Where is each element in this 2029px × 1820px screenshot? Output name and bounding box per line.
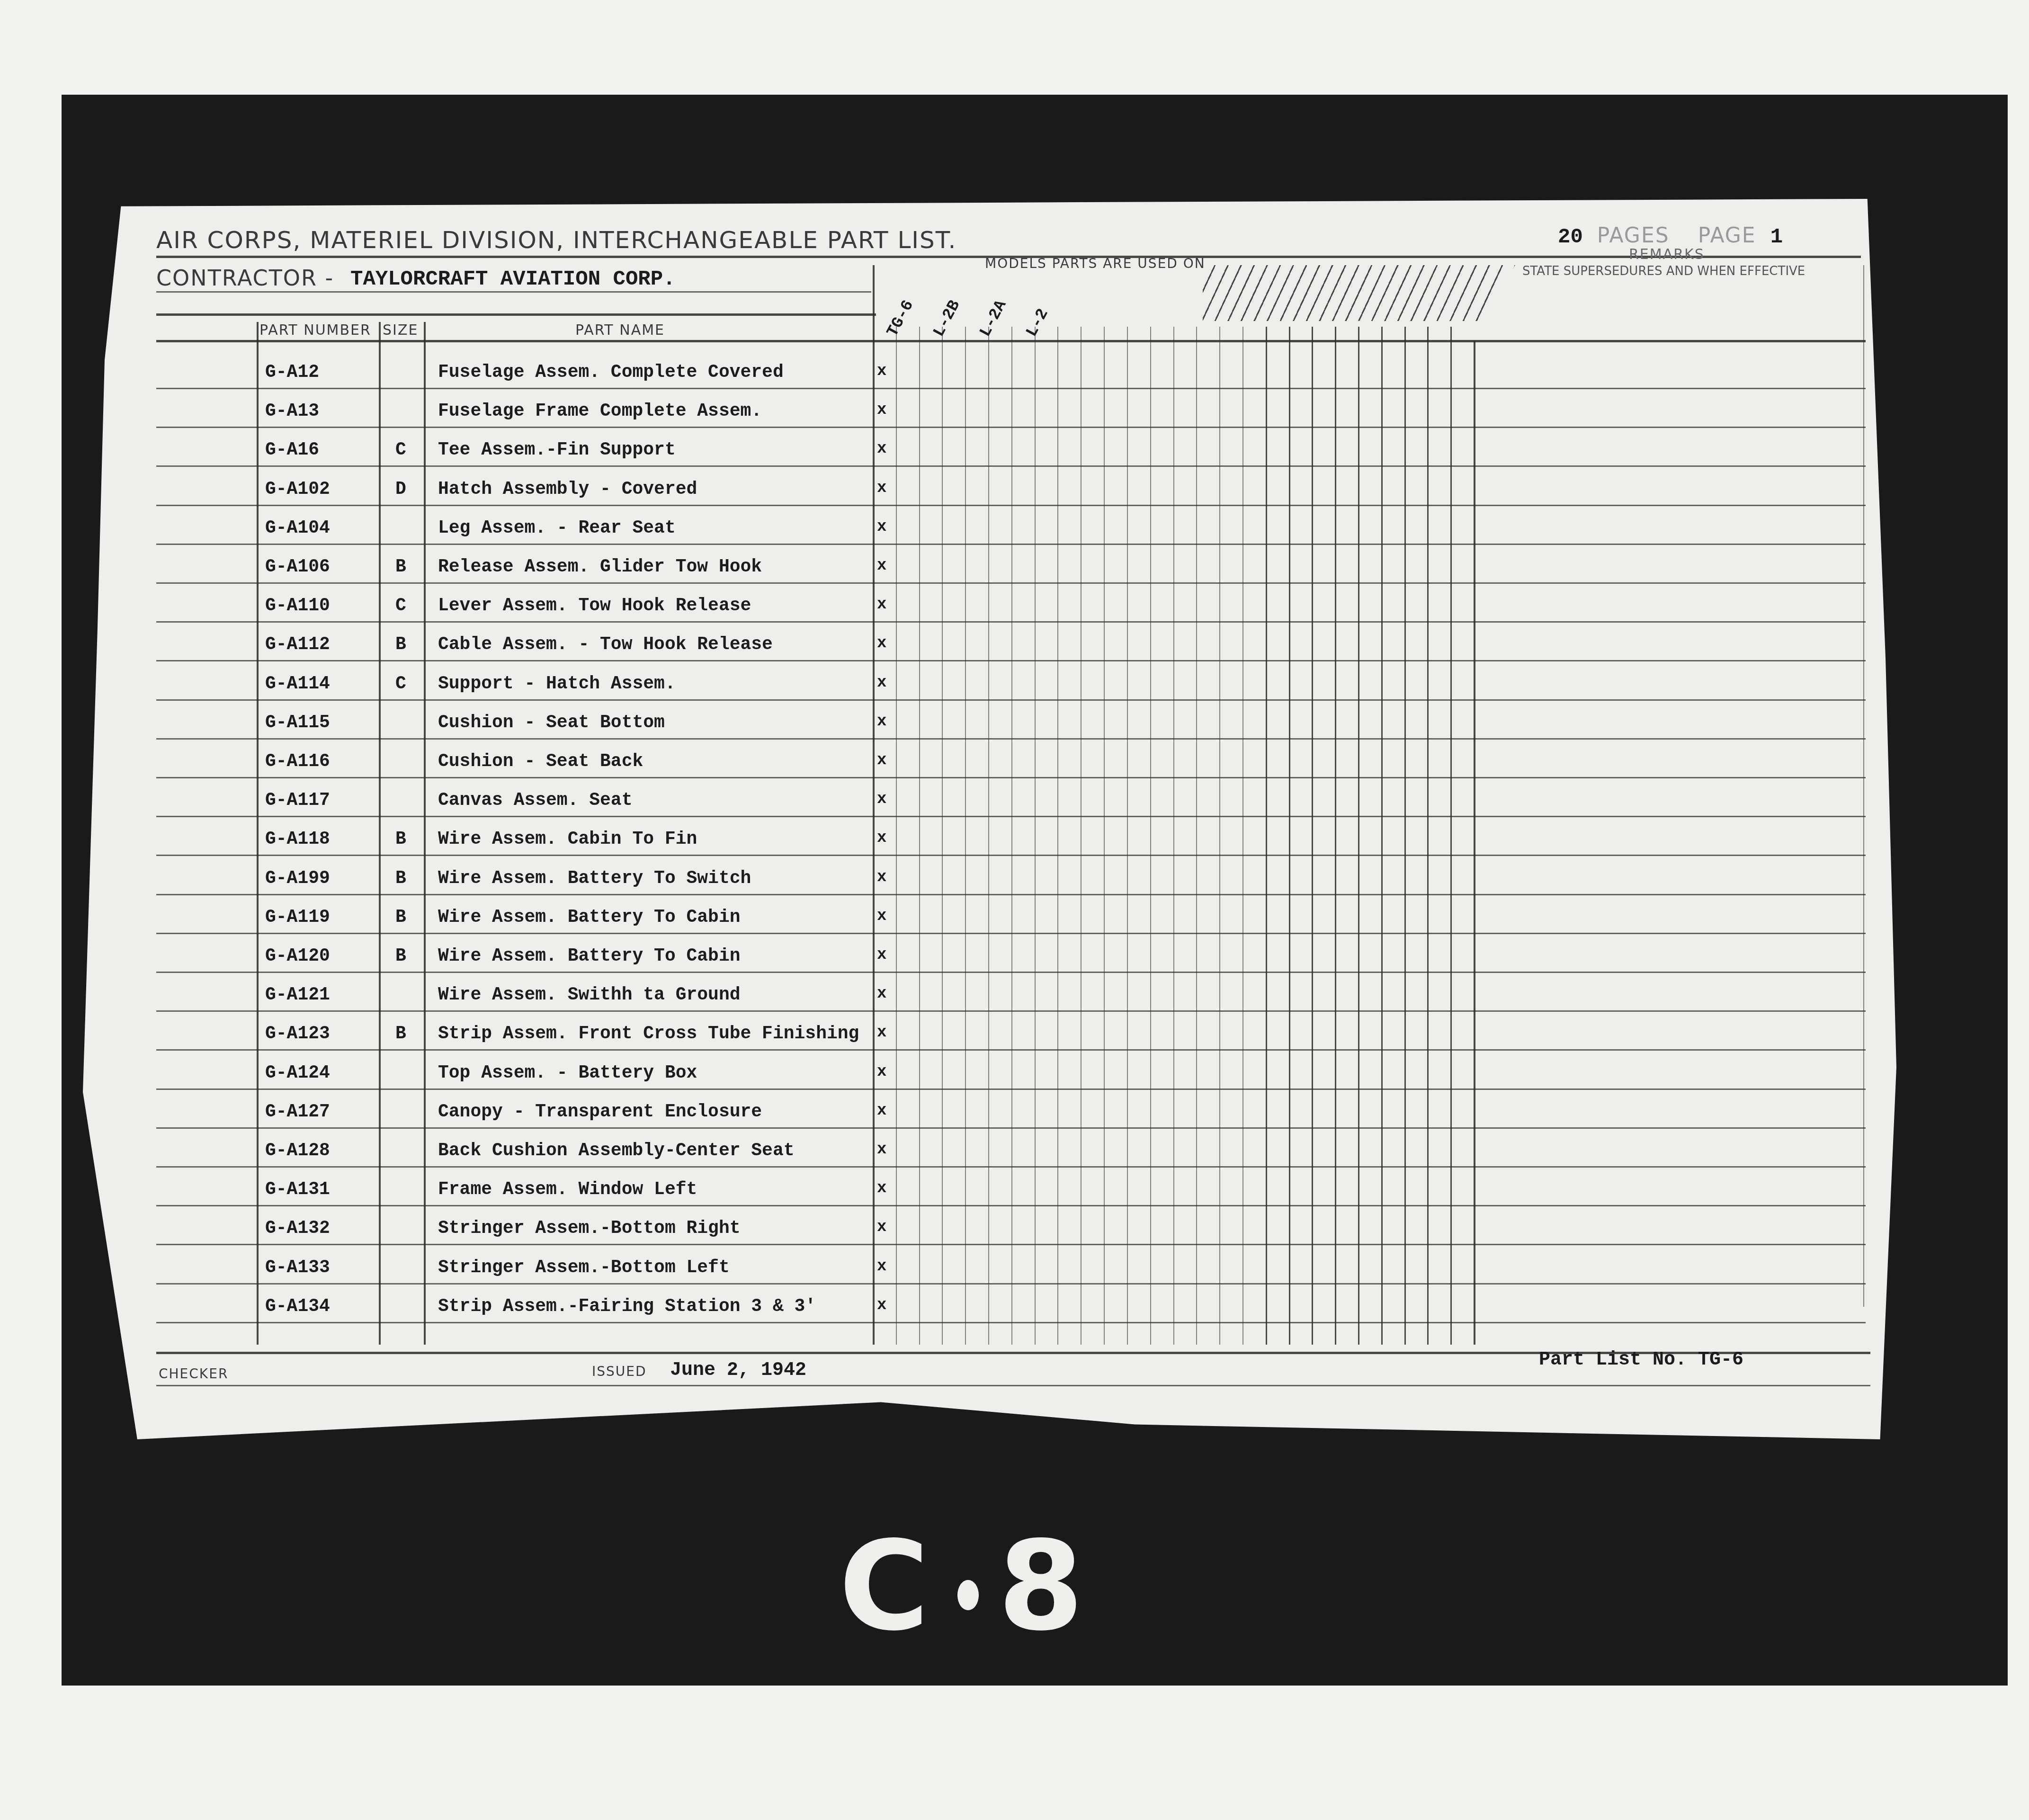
- part-size: C: [395, 596, 406, 616]
- part-name: Wire Assem. Cabin To Fin: [438, 829, 697, 849]
- part-name: Leg Assem. - Rear Seat: [438, 518, 676, 538]
- part-number: G-A16: [265, 440, 319, 460]
- frame-number: 8: [998, 1515, 1093, 1658]
- frame-dot: [957, 1580, 979, 1610]
- table-row: G-A110CLever Assem. Tow Hook Releasex: [0, 591, 2029, 630]
- part-number: G-A128: [265, 1141, 330, 1161]
- table-row: G-A112BCable Assem. - Tow Hook Releasex: [0, 630, 2029, 669]
- column-header-size: SIZE: [383, 322, 418, 339]
- table-row: G-A13Fuselage Frame Complete Assem.x: [0, 396, 2029, 435]
- part-name: Back Cushion Assembly-Center Seat: [438, 1141, 795, 1161]
- part-number: G-A120: [265, 946, 330, 966]
- part-size: B: [395, 868, 406, 889]
- part-number: G-A13: [265, 401, 319, 421]
- usage-mark-tg6: x: [877, 1063, 886, 1081]
- part-number: G-A116: [265, 751, 330, 772]
- total-pages: 20: [1558, 225, 1583, 249]
- contractor-name: TAYLORCRAFT AVIATION CORP.: [350, 268, 676, 291]
- row-rule: [156, 465, 1866, 467]
- part-name: Stringer Assem.-Bottom Left: [438, 1258, 730, 1278]
- part-name: Lever Assem. Tow Hook Release: [438, 596, 751, 616]
- table-row: G-A102DHatch Assembly - Coveredx: [0, 474, 2029, 513]
- usage-mark-tg6: x: [877, 751, 886, 769]
- column-header-part-name: PART NAME: [575, 322, 665, 339]
- table-row: G-A121Wire Assem. Swithh ta Groundx: [0, 980, 2029, 1019]
- part-size: C: [395, 674, 406, 694]
- part-size: D: [395, 479, 406, 500]
- part-name: Strip Assem. Front Cross Tube Finishing: [438, 1024, 859, 1044]
- usage-mark-tg6: x: [877, 518, 886, 536]
- part-number: G-A121: [265, 985, 330, 1005]
- table-row: G-A133Stringer Assem.-Bottom Leftx: [0, 1253, 2029, 1292]
- usage-mark-tg6: x: [877, 868, 886, 886]
- row-rule: [156, 1283, 1866, 1285]
- part-name: Strip Assem.-Fairing Station 3 & 3': [438, 1296, 816, 1317]
- issued-label: ISSUED: [592, 1364, 647, 1379]
- issued-date: June 2, 1942: [670, 1360, 806, 1381]
- row-rule: [156, 894, 1866, 895]
- row-rule: [156, 933, 1866, 934]
- part-number: G-A112: [265, 634, 330, 655]
- part-name: Fuselage Assem. Complete Covered: [438, 362, 784, 383]
- row-rule: [156, 1166, 1866, 1168]
- row-rule: [156, 777, 1866, 778]
- usage-mark-tg6: x: [877, 1296, 886, 1314]
- usage-mark-tg6: x: [877, 1024, 886, 1042]
- part-number: G-A104: [265, 518, 330, 538]
- part-number: G-A131: [265, 1179, 330, 1200]
- part-size: B: [395, 829, 406, 849]
- table-row: G-A199BWire Assem. Battery To Switchx: [0, 864, 2029, 902]
- page-number: 1: [1770, 225, 1783, 249]
- part-number: G-A118: [265, 829, 330, 849]
- part-number: G-A123: [265, 1024, 330, 1044]
- part-number: G-A12: [265, 362, 319, 383]
- part-number: G-A133: [265, 1258, 330, 1278]
- row-rule: [156, 1049, 1866, 1051]
- table-row: G-A118BWire Assem. Cabin To Finx: [0, 824, 2029, 863]
- microfilm-frame-label: C8: [833, 1515, 1099, 1658]
- remarks-subheading: STATE SUPERSEDURES AND WHEN EFFECTIVE: [1522, 264, 1805, 278]
- part-size: B: [395, 1024, 406, 1044]
- usage-mark-tg6: x: [877, 907, 886, 925]
- part-name: Canopy - Transparent Enclosure: [438, 1102, 762, 1122]
- usage-mark-tg6: x: [877, 479, 886, 497]
- table-row: G-A104Leg Assem. - Rear Seatx: [0, 513, 2029, 552]
- usage-mark-tg6: x: [877, 674, 886, 692]
- column-header-part-number: PART NUMBER: [259, 322, 371, 339]
- part-number: G-A127: [265, 1102, 330, 1122]
- table-row: G-A124Top Assem. - Battery Boxx: [0, 1058, 2029, 1097]
- row-rule: [156, 660, 1866, 661]
- row-rule: [156, 621, 1866, 623]
- usage-mark-tg6: x: [877, 401, 886, 419]
- row-rule: [156, 388, 1866, 389]
- table-row: G-A115Cushion - Seat Bottomx: [0, 708, 2029, 747]
- usage-mark-tg6: x: [877, 1141, 886, 1159]
- usage-mark-tg6: x: [877, 985, 886, 1003]
- part-name: Frame Assem. Window Left: [438, 1179, 697, 1200]
- usage-mark-tg6: x: [877, 1179, 886, 1197]
- usage-mark-tg6: x: [877, 790, 886, 808]
- part-name: Tee Assem.-Fin Support: [438, 440, 676, 460]
- form-title: AIR CORPS, MATERIEL DIVISION, INTERCHANG…: [156, 226, 956, 254]
- table-row: G-A120BWire Assem. Battery To Cabinx: [0, 941, 2029, 980]
- row-rule: [156, 972, 1866, 973]
- row-rule: [156, 1088, 1866, 1090]
- usage-mark-tg6: x: [877, 1258, 886, 1276]
- part-name: Wire Assem. Battery To Switch: [438, 868, 751, 889]
- part-number: G-A114: [265, 674, 330, 694]
- rule: [156, 313, 876, 316]
- part-name: Hatch Assembly - Covered: [438, 479, 697, 500]
- usage-mark-tg6: x: [877, 362, 886, 380]
- part-name: Cable Assem. - Tow Hook Release: [438, 634, 773, 655]
- part-name: Wire Assem. Battery To Cabin: [438, 946, 741, 966]
- part-size: C: [395, 440, 406, 460]
- usage-mark-tg6: x: [877, 634, 886, 652]
- table-row: G-A134Strip Assem.-Fairing Station 3 & 3…: [0, 1292, 2029, 1330]
- part-name: Cushion - Seat Bottom: [438, 713, 665, 733]
- part-number: G-A115: [265, 713, 330, 733]
- part-name: Release Assem. Glider Tow Hook: [438, 557, 762, 577]
- part-number: G-A124: [265, 1063, 330, 1083]
- row-rule: [156, 1010, 1866, 1012]
- table-row: G-A117Canvas Assem. Seatx: [0, 785, 2029, 824]
- row-rule: [156, 855, 1866, 856]
- row-rule: [156, 1205, 1866, 1206]
- rule: [156, 1385, 1870, 1386]
- part-name: Stringer Assem.-Bottom Right: [438, 1218, 741, 1239]
- contractor-label: CONTRACTOR -: [156, 265, 334, 291]
- table-row: G-A116Cushion - Seat Backx: [0, 747, 2029, 785]
- usage-mark-tg6: x: [877, 829, 886, 847]
- part-number: G-A134: [265, 1296, 330, 1317]
- table-row: G-A132Stringer Assem.-Bottom Rightx: [0, 1213, 2029, 1252]
- part-number: G-A110: [265, 596, 330, 616]
- row-rule: [156, 738, 1866, 740]
- part-size: B: [395, 907, 406, 928]
- table-row: G-A106BRelease Assem. Glider Tow Hookx: [0, 552, 2029, 591]
- models-heading: MODELS PARTS ARE USED ON: [985, 256, 1206, 271]
- row-rule: [156, 582, 1866, 584]
- frame-letter: C: [839, 1515, 939, 1658]
- usage-mark-tg6: x: [877, 557, 886, 575]
- part-size: B: [395, 946, 406, 966]
- page-label: PAGE: [1698, 223, 1756, 248]
- usage-mark-tg6: x: [877, 946, 886, 964]
- part-number: G-A102: [265, 479, 330, 500]
- film-margin: [0, 1686, 2029, 1820]
- row-rule: [156, 1322, 1866, 1323]
- table-row: G-A114CSupport - Hatch Assem.x: [0, 669, 2029, 708]
- usage-mark-tg6: x: [877, 1102, 886, 1120]
- pages-label: PAGES: [1597, 223, 1670, 248]
- usage-mark-tg6: x: [877, 596, 886, 614]
- row-rule: [156, 1127, 1866, 1129]
- table-row: G-A127Canopy - Transparent Enclosurex: [0, 1097, 2029, 1136]
- table-row: G-A123BStrip Assem. Front Cross Tube Fin…: [0, 1019, 2029, 1058]
- part-name: Fuselage Frame Complete Assem.: [438, 401, 762, 421]
- rule: [156, 291, 871, 293]
- row-rule: [156, 816, 1866, 817]
- part-list-number: Part List No. TG-6: [1539, 1349, 1743, 1371]
- table-row: G-A16CTee Assem.-Fin Supportx: [0, 435, 2029, 474]
- usage-mark-tg6: x: [877, 440, 886, 458]
- part-number: G-A117: [265, 790, 330, 811]
- row-rule: [156, 427, 1866, 428]
- table-row: G-A128Back Cushion Assembly-Center Seatx: [0, 1136, 2029, 1175]
- part-number: G-A199: [265, 868, 330, 889]
- table-row: G-A131Frame Assem. Window Leftx: [0, 1175, 2029, 1213]
- part-name: Top Assem. - Battery Box: [438, 1063, 697, 1083]
- part-name: Cushion - Seat Back: [438, 751, 643, 772]
- row-rule: [156, 544, 1866, 545]
- row-rule: [156, 505, 1866, 506]
- part-size: B: [395, 557, 406, 577]
- table-row: G-A12Fuselage Assem. Complete Coveredx: [0, 357, 2029, 396]
- table-row: G-A119BWire Assem. Battery To Cabinx: [0, 902, 2029, 941]
- row-rule: [156, 699, 1866, 701]
- checker-label: CHECKER: [159, 1366, 228, 1382]
- part-name: Canvas Assem. Seat: [438, 790, 632, 811]
- part-size: B: [395, 634, 406, 655]
- part-number: G-A119: [265, 907, 330, 928]
- part-name: Support - Hatch Assem.: [438, 674, 676, 694]
- part-number: G-A106: [265, 557, 330, 577]
- row-rule: [156, 1244, 1866, 1245]
- hatched-unused-model-headers: [1203, 265, 1515, 321]
- usage-mark-tg6: x: [877, 713, 886, 731]
- remarks-heading: REMARKS: [1629, 246, 1705, 263]
- part-number: G-A132: [265, 1218, 330, 1239]
- part-name: Wire Assem. Battery To Cabin: [438, 907, 741, 928]
- usage-mark-tg6: x: [877, 1218, 886, 1236]
- page-count: 20PAGESPAGE1: [1558, 223, 1783, 249]
- part-name: Wire Assem. Swithh ta Ground: [438, 985, 741, 1005]
